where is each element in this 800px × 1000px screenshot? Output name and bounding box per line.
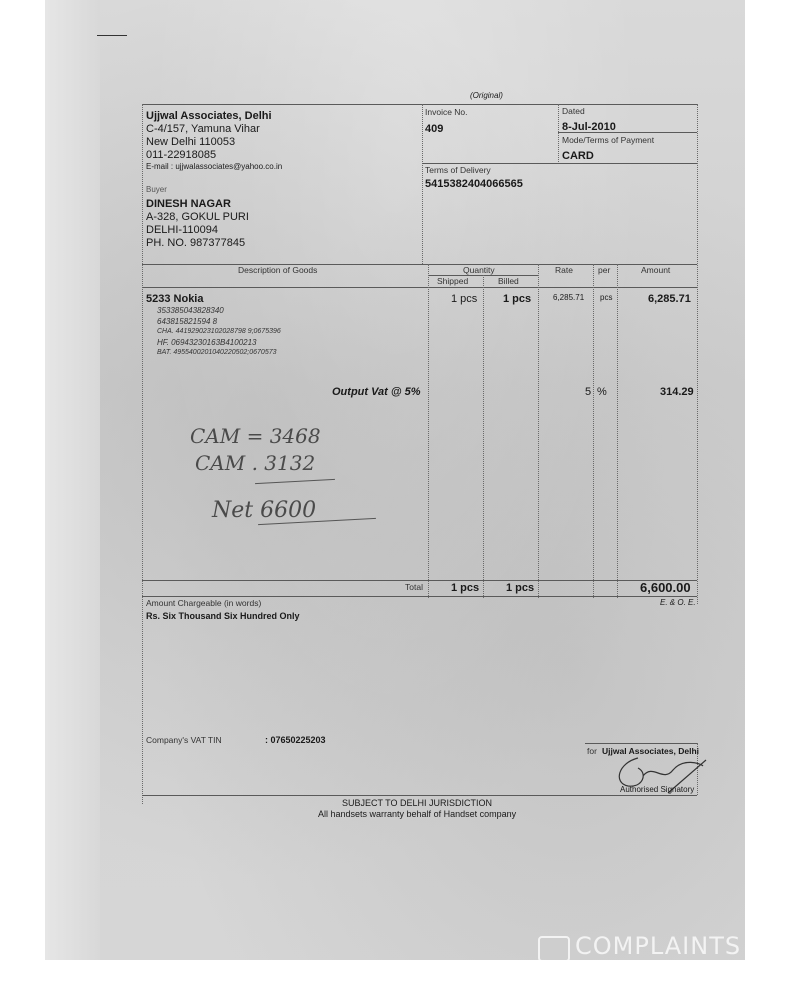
item-serial: HF. 06943230163B4100213: [157, 338, 257, 347]
vat-tin-label: Company's VAT TIN: [146, 735, 222, 745]
buyer-address-2: DELHI-110094: [146, 224, 218, 236]
delivery-value: 5415382404066565: [425, 178, 523, 190]
total-billed: 1 pcs: [506, 582, 534, 594]
handwritten-note: CAM . 3132: [195, 451, 315, 475]
footer-top-border: [142, 795, 697, 796]
header-rate: Rate: [555, 265, 573, 275]
seller-address-1: C-4/157, Yamuna Vihar: [146, 123, 260, 135]
buyer-phone: PH. NO. 987377845: [146, 237, 245, 249]
tax-rate: 5: [585, 386, 591, 398]
watermark-text: COMPLAINTS: [575, 932, 741, 960]
header-description: Description of Goods: [238, 265, 317, 275]
total-top-border: [142, 580, 697, 581]
col-divider-per: [617, 264, 619, 598]
amount-words-label: Amount Chargeable (in words): [146, 598, 261, 608]
item-serial: 643815821594 8: [157, 317, 217, 326]
item-serial: 353385043828340: [157, 306, 224, 315]
item-per: pcs: [600, 293, 612, 302]
tax-per: %: [597, 386, 607, 398]
seller-email: E-mail : ujjwalassociates@yahoo.co.in: [146, 162, 282, 171]
col-divider-billed: [538, 264, 540, 598]
amount-words-value: Rs. Six Thousand Six Hundred Only: [146, 611, 300, 621]
item-billed: 1 pcs: [503, 293, 531, 305]
complaints-logo-icon: [538, 936, 570, 962]
header-quantity: Quantity: [463, 265, 495, 275]
copy-label: (Original): [470, 91, 503, 100]
item-rate: 6,285.71: [553, 293, 584, 302]
jurisdiction-text: SUBJECT TO DELHI JURISDICTION: [342, 798, 492, 808]
signature-top-border: [585, 743, 697, 744]
table-top-border: [142, 264, 697, 265]
header-divider: [422, 104, 424, 264]
invoice-divider: [558, 104, 560, 164]
seller-name: Ujjwal Associates, Delhi: [146, 110, 272, 122]
scan-mark: [97, 35, 127, 36]
left-border: [142, 104, 144, 804]
header-per: per: [598, 265, 610, 275]
col-divider-shipped: [483, 275, 485, 598]
header-amount: Amount: [641, 265, 670, 275]
eoe-label: E. & O. E.: [660, 598, 696, 607]
handwritten-note: CAM = 3468: [190, 424, 321, 448]
table-header-bottom-border: [142, 287, 697, 288]
item-amount: 6,285.71: [648, 293, 691, 305]
page-edge: [45, 0, 100, 960]
header-top-border: [142, 104, 697, 105]
header-shipped: Shipped: [437, 276, 468, 286]
total-bottom-border: [142, 596, 697, 597]
tax-amount: 314.29: [660, 386, 694, 398]
total-label: Total: [405, 582, 423, 592]
handwritten-note: Net 6600: [212, 498, 316, 523]
warranty-text: All handsets warranty behalf of Handset …: [318, 809, 516, 819]
delivery-label: Terms of Delivery: [425, 165, 491, 175]
payment-value: CARD: [562, 150, 594, 162]
col-divider-rate: [593, 264, 595, 598]
seller-phone: 011-22918085: [146, 149, 216, 161]
vat-tin-value: : 07650225203: [265, 735, 326, 745]
item-description: 5233 Nokia: [146, 293, 203, 305]
delivery-top-border: [422, 163, 697, 164]
signature-for-label: for: [587, 746, 597, 756]
payment-label: Mode/Terms of Payment: [562, 135, 654, 145]
right-border: [697, 104, 699, 604]
invoice-no-label: Invoice No.: [425, 107, 468, 117]
invoice-no: 409: [425, 123, 443, 135]
buyer-label: Buyer: [146, 185, 167, 194]
authorised-signatory: Authorised Signatory: [620, 785, 694, 794]
total-amount: 6,600.00: [640, 580, 691, 595]
dated-value: 8-Jul-2010: [562, 121, 616, 133]
buyer-name: DINESH NAGAR: [146, 198, 231, 210]
item-serial: CHA. 441929023102028798 9;0675396: [157, 328, 281, 335]
col-divider-desc: [428, 264, 430, 598]
item-serial: BAT. 4955400201040220502;0670573: [157, 349, 277, 356]
dated-label: Dated: [562, 106, 585, 116]
tax-label: Output Vat @ 5%: [332, 386, 421, 398]
seller-address-2: New Delhi 110053: [146, 136, 235, 148]
header-billed: Billed: [498, 276, 519, 286]
buyer-address-1: A-328, GOKUL PURI: [146, 211, 249, 223]
total-shipped: 1 pcs: [451, 582, 479, 594]
item-shipped: 1 pcs: [451, 293, 477, 305]
